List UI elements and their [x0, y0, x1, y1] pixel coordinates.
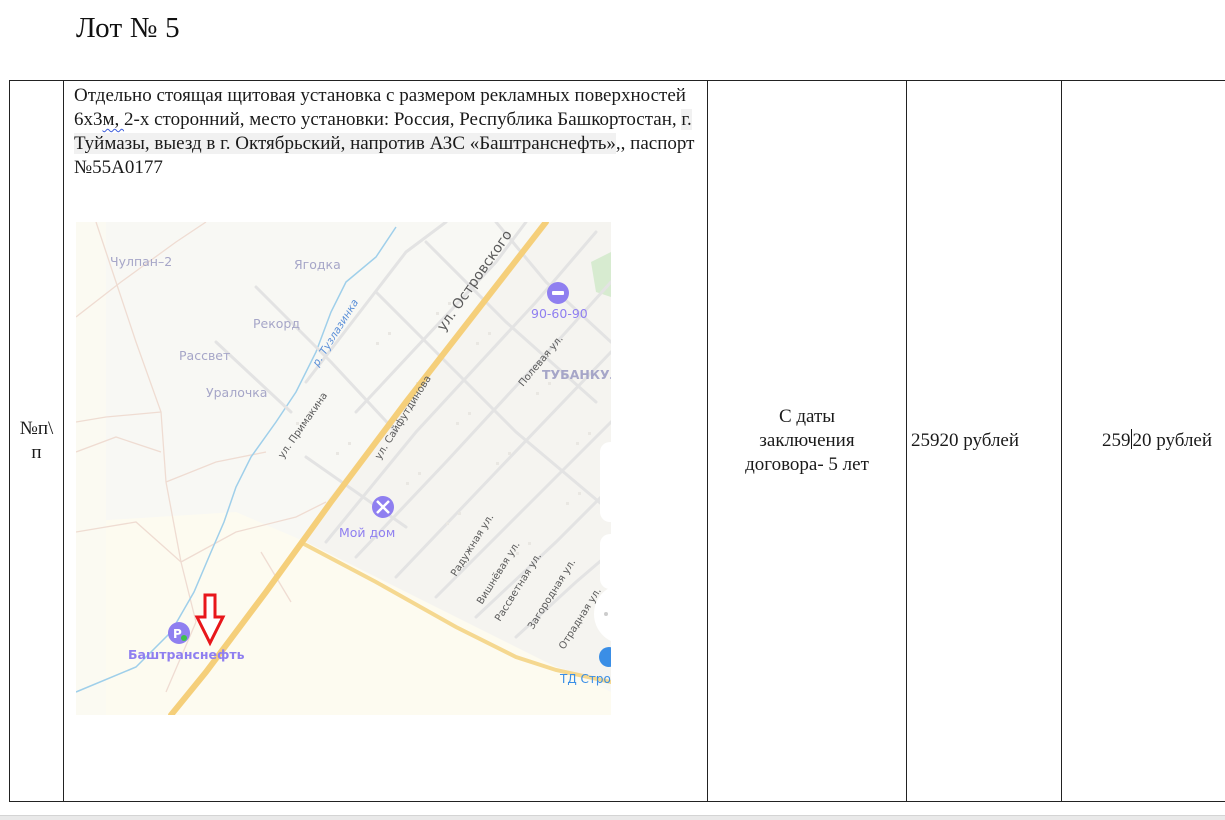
- term-line3: договора- 5 лет: [708, 453, 906, 477]
- map-label-rassvet: Рассвет: [179, 348, 230, 363]
- term-cell[interactable]: С даты заключения договора- 5 лет: [708, 81, 907, 802]
- final-price-cell[interactable]: 25920 рублей: [1062, 81, 1225, 802]
- location-map-image[interactable]: P Чулпан–2 Ягодка Рекорд Рассвет Уралочк…: [76, 222, 611, 715]
- map-label-td-stroy: ТД Стро: [559, 672, 611, 686]
- map-label-rekord: Рекорд: [253, 316, 300, 331]
- row-number-label-line1: №п\: [10, 417, 63, 441]
- term-line2: заключения: [708, 429, 906, 453]
- final-price-part2: 20 рублей: [1133, 430, 1213, 451]
- starting-price-cell[interactable]: 25920 рублей: [907, 81, 1062, 802]
- final-price: 25920 рублей: [1102, 429, 1212, 453]
- map-label-gym: 90-60-90: [531, 306, 588, 321]
- map-label-tubankul: ТУБАНКУЛ: [542, 367, 611, 382]
- description-cell[interactable]: Отдельно стоящая щитовая установка с раз…: [64, 81, 708, 802]
- svg-text:P: P: [173, 627, 182, 641]
- map-label-chulpan: Чулпан–2: [110, 254, 172, 269]
- starting-price: 25920 рублей: [911, 430, 1019, 451]
- final-price-part1: 259: [1102, 430, 1131, 451]
- table-row: №п\ п Отдельно стоящая щитовая установка…: [10, 81, 1225, 802]
- row-number-label-line2: п: [10, 441, 63, 465]
- map-label-yagodka: Ягодка: [294, 257, 341, 272]
- row-number-cell[interactable]: №п\ п: [10, 81, 64, 802]
- description-part2: 2-х сторонний, место установки: Россия, …: [124, 109, 681, 130]
- page-boundary: [0, 815, 1225, 820]
- map-label-moi-dom: Мой дом: [339, 525, 395, 540]
- description-text: Отдельно стоящая щитовая установка с раз…: [74, 84, 704, 180]
- term-line1: С даты: [708, 405, 906, 429]
- map-label-bashtransneft: Баштранснефть: [128, 647, 245, 662]
- lot-title: Лот № 5: [76, 12, 180, 45]
- spellcheck-flagged-text[interactable]: м,: [103, 109, 125, 130]
- map-label-uralochka: Уралочка: [206, 385, 267, 400]
- document-page: Лот № 5 №п\ п Отдельно стоящая щитовая у…: [0, 0, 1225, 815]
- lot-table: №п\ п Отдельно стоящая щитовая установка…: [9, 80, 1225, 802]
